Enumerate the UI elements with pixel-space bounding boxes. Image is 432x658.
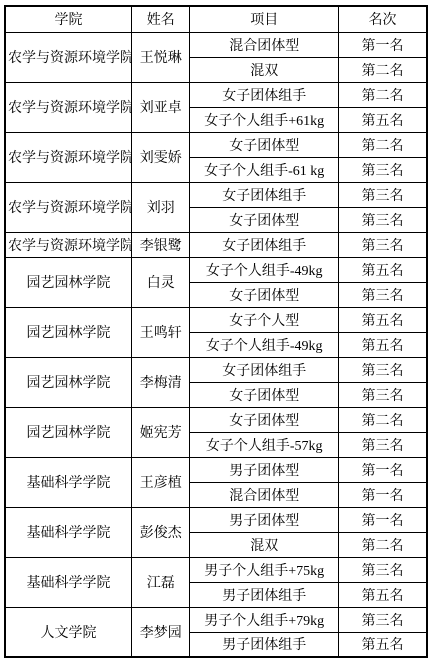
table-row: 基础科学学院王彦植男子团体型第一名 [5,457,427,482]
event-cell: 女子团体型 [190,382,339,407]
college-cell: 农学与资源环境学院 [5,232,132,257]
college-cell: 园艺园林学院 [5,257,132,307]
table-row: 农学与资源环境学院王悦琳混合团体型第一名 [5,32,427,57]
rank-cell: 第五名 [339,332,427,357]
rank-cell: 第五名 [339,582,427,607]
event-cell: 混合团体型 [190,32,339,57]
rank-cell: 第三名 [339,432,427,457]
name-cell: 刘羽 [132,182,190,232]
event-cell: 男子团体型 [190,457,339,482]
event-cell: 男子团体型 [190,507,339,532]
name-cell: 李梦园 [132,607,190,657]
rank-cell: 第三名 [339,382,427,407]
rank-cell: 第三名 [339,232,427,257]
event-cell: 混双 [190,57,339,82]
header-name: 姓名 [132,6,190,32]
name-cell: 刘雯娇 [132,132,190,182]
rank-cell: 第一名 [339,507,427,532]
rank-cell: 第一名 [339,457,427,482]
header-row: 学院 姓名 项目 名次 [5,6,427,32]
event-cell: 女子团体组手 [190,182,339,207]
rank-cell: 第三名 [339,282,427,307]
college-cell: 园艺园林学院 [5,357,132,407]
table-row: 园艺园林学院姬宪芳女子团体型第二名 [5,407,427,432]
college-cell: 人文学院 [5,607,132,657]
event-cell: 女子团体型 [190,282,339,307]
event-cell: 女子团体型 [190,207,339,232]
event-cell: 女子个人型 [190,307,339,332]
table-row: 基础科学学院彭俊杰男子团体型第一名 [5,507,427,532]
rank-cell: 第二名 [339,532,427,557]
college-cell: 园艺园林学院 [5,407,132,457]
college-cell: 基础科学学院 [5,457,132,507]
event-cell: 男子个人组手+75kg [190,557,339,582]
table-row: 基础科学学院江磊男子个人组手+75kg第三名 [5,557,427,582]
event-cell: 混合团体型 [190,482,339,507]
name-cell: 姬宪芳 [132,407,190,457]
rank-cell: 第二名 [339,82,427,107]
event-cell: 混双 [190,532,339,557]
college-cell: 基础科学学院 [5,557,132,607]
rank-cell: 第三名 [339,357,427,382]
event-cell: 女子团体组手 [190,82,339,107]
table-row: 农学与资源环境学院刘雯娇女子团体型第二名 [5,132,427,157]
rank-cell: 第三名 [339,207,427,232]
name-cell: 白灵 [132,257,190,307]
rank-cell: 第五名 [339,107,427,132]
event-cell: 女子个人组手-61 kg [190,157,339,182]
college-cell: 园艺园林学院 [5,307,132,357]
college-cell: 农学与资源环境学院 [5,32,132,82]
rank-cell: 第五名 [339,632,427,657]
name-cell: 李梅清 [132,357,190,407]
header-college: 学院 [5,6,132,32]
event-cell: 男子个人组手+79kg [190,607,339,632]
name-cell: 江磊 [132,557,190,607]
table-row: 园艺园林学院白灵女子个人组手-49kg第五名 [5,257,427,282]
college-cell: 基础科学学院 [5,507,132,557]
results-table: 学院 姓名 项目 名次 农学与资源环境学院王悦琳混合团体型第一名混双第二名农学与… [4,5,428,658]
table-row: 园艺园林学院李梅清女子团体组手第三名 [5,357,427,382]
college-cell: 农学与资源环境学院 [5,182,132,232]
name-cell: 刘亚卓 [132,82,190,132]
college-cell: 农学与资源环境学院 [5,132,132,182]
rank-cell: 第三名 [339,557,427,582]
rank-cell: 第一名 [339,32,427,57]
table-row: 人文学院李梦园男子个人组手+79kg第三名 [5,607,427,632]
event-cell: 男子团体组手 [190,582,339,607]
name-cell: 王悦琳 [132,32,190,82]
table-row: 农学与资源环境学院刘亚卓女子团体组手第二名 [5,82,427,107]
rank-cell: 第二名 [339,407,427,432]
name-cell: 王彦植 [132,457,190,507]
document-page: 学院 姓名 项目 名次 农学与资源环境学院王悦琳混合团体型第一名混双第二名农学与… [0,0,432,655]
event-cell: 女子个人组手-49kg [190,257,339,282]
event-cell: 女子团体型 [190,132,339,157]
event-cell: 女子个人组手+61kg [190,107,339,132]
rank-cell: 第五名 [339,307,427,332]
name-cell: 王鸣轩 [132,307,190,357]
table-row: 农学与资源环境学院李银鹭女子团体组手第三名 [5,232,427,257]
event-cell: 男子团体组手 [190,632,339,657]
event-cell: 女子团体组手 [190,232,339,257]
event-cell: 女子个人组手-49kg [190,332,339,357]
rank-cell: 第二名 [339,132,427,157]
rank-cell: 第三名 [339,607,427,632]
rank-cell: 第一名 [339,482,427,507]
event-cell: 女子团体组手 [190,357,339,382]
rank-cell: 第二名 [339,57,427,82]
rank-cell: 第三名 [339,182,427,207]
name-cell: 彭俊杰 [132,507,190,557]
name-cell: 李银鹭 [132,232,190,257]
event-cell: 女子个人组手-57kg [190,432,339,457]
rank-cell: 第五名 [339,257,427,282]
table-row: 农学与资源环境学院刘羽女子团体组手第三名 [5,182,427,207]
rank-cell: 第三名 [339,157,427,182]
college-cell: 农学与资源环境学院 [5,82,132,132]
event-cell: 女子团体型 [190,407,339,432]
header-event: 项目 [190,6,339,32]
table-row: 园艺园林学院王鸣轩女子个人型第五名 [5,307,427,332]
header-rank: 名次 [339,6,427,32]
